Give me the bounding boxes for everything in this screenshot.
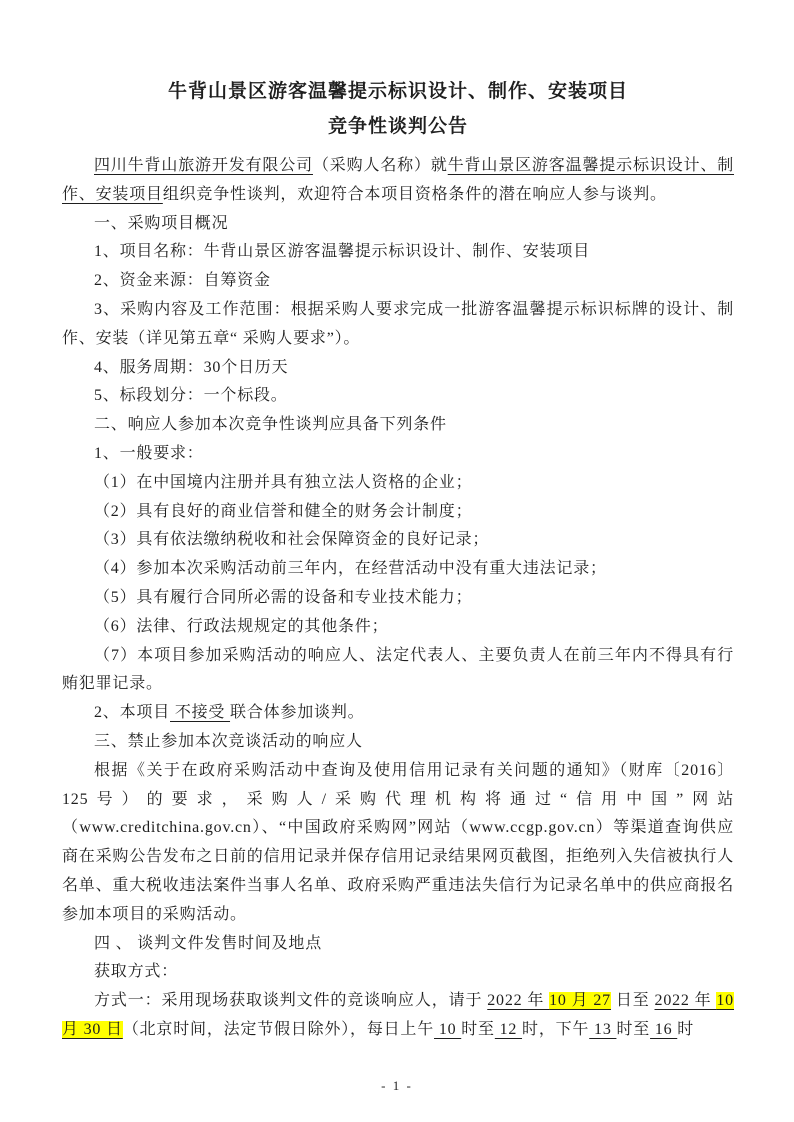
text-segment: 根据《关于在政府采购活动中查询及使用信用记录有关问题的通知》（财库〔2016〕1… — [62, 762, 734, 923]
paragraph: 4、服务周期：30个日历天 — [62, 354, 734, 383]
text-segment: 1、项目名称：牛背山景区游客温馨提示标识设计、制作、安装项目 — [94, 243, 590, 260]
paragraph: （3）具有依法缴纳税收和社会保障资金的良好记录； — [62, 526, 734, 555]
text-segment: 1、一般要求： — [94, 445, 204, 462]
text-segment: 四川牛背山旅游开发有限公司 — [94, 157, 313, 174]
text-segment: 13 — [589, 1021, 616, 1038]
document-subtitle: 竞争性谈判公告 — [62, 109, 734, 144]
text-segment: （3）具有依法缴纳税收和社会保障资金的良好记录； — [94, 531, 489, 548]
paragraph: （4）参加本次采购活动前三年内，在经营活动中没有重大违法记录； — [62, 555, 734, 584]
text-segment: 四 、 谈判文件发售时间及地点 — [94, 935, 322, 952]
paragraph: 3、采购内容及工作范围：根据采购人要求完成一批游客温馨提示标识标牌的设计、制作、… — [62, 296, 734, 354]
paragraph: （6）法律、行政法规规定的其他条件； — [62, 613, 734, 642]
text-segment: 组织竞争性谈判，欢迎符合本项目资格条件的潜在响应人参与谈判。 — [163, 186, 667, 203]
text-segment: 方式一：采用现场获取谈判文件的竞谈响应人，请于 — [94, 992, 487, 1009]
document-body: 四川牛背山旅游开发有限公司（采购人名称）就牛背山景区游客温馨提示标识设计、制作、… — [62, 152, 734, 1045]
text-segment: 2、本项目 — [94, 704, 170, 721]
text-segment: （6）法律、行政法规规定的其他条件； — [94, 618, 388, 635]
paragraph: （2）具有良好的商业信誉和健全的财务会计制度； — [62, 498, 734, 527]
text-segment: 日至 — [611, 992, 655, 1009]
paragraph: （5）具有履行合同所必需的设备和专业技术能力； — [62, 584, 734, 613]
text-segment: （4）参加本次采购活动前三年内，在经营活动中没有重大违法记录； — [94, 560, 607, 577]
text-segment: 5、标段划分：一个标段。 — [94, 387, 288, 404]
text-segment: （采购人名称）就 — [313, 157, 448, 174]
document-title: 牛背山景区游客温馨提示标识设计、制作、安装项目 — [62, 74, 734, 109]
paragraph: 三、禁止参加本次竞谈活动的响应人 — [62, 728, 734, 757]
text-segment: 2022 年 — [655, 992, 717, 1009]
text-segment: 2、资金来源：自筹资金 — [94, 272, 271, 289]
paragraph: 1、一般要求： — [62, 440, 734, 469]
text-segment: 2022 年 — [487, 992, 549, 1009]
text-segment: （2）具有良好的商业信誉和健全的财务会计制度； — [94, 503, 472, 520]
text-segment: 时，下午 — [522, 1021, 589, 1038]
text-segment: （7）本项目参加采购活动的响应人、法定代表人、主要负责人在前三年内不得具有行贿犯… — [62, 647, 734, 693]
paragraph: 获取方式： — [62, 958, 734, 987]
document-page: 牛背山景区游客温馨提示标识设计、制作、安装项目 竞争性谈判公告 四川牛背山旅游开… — [0, 0, 794, 1122]
text-segment: （1）在中国境内注册并具有独立法人资格的企业； — [94, 474, 472, 491]
paragraph: 方式一：采用现场获取谈判文件的竞谈响应人，请于 2022 年 10 月 27 日… — [62, 987, 734, 1045]
text-segment: 时至 — [616, 1021, 650, 1038]
text-segment: 联合体参加谈判。 — [230, 704, 364, 721]
text-segment: 10 月 27 — [549, 992, 611, 1009]
paragraph: 2、资金来源：自筹资金 — [62, 267, 734, 296]
text-segment: 12 — [495, 1021, 522, 1038]
text-segment: 一、采购项目概况 — [94, 215, 228, 232]
paragraph: 1、项目名称：牛背山景区游客温馨提示标识设计、制作、安装项目 — [62, 238, 734, 267]
page-number: - 1 - — [0, 1078, 794, 1094]
text-segment: 二、响应人参加本次竞争性谈判应具备下列条件 — [94, 416, 447, 433]
text-segment: 时至 — [461, 1021, 495, 1038]
text-segment: 获取方式： — [94, 963, 178, 980]
text-segment: 4、服务周期：30个日历天 — [94, 359, 288, 376]
text-segment: 3、采购内容及工作范围：根据采购人要求完成一批游客温馨提示标识标牌的设计、制作、… — [62, 301, 734, 347]
paragraph: 一、采购项目概况 — [62, 210, 734, 239]
paragraph: （1）在中国境内注册并具有独立法人资格的企业； — [62, 469, 734, 498]
text-segment: 16 — [650, 1021, 677, 1038]
paragraph: 二、响应人参加本次竞争性谈判应具备下列条件 — [62, 411, 734, 440]
text-segment: 10 — [434, 1021, 461, 1038]
text-segment: （5）具有履行合同所必需的设备和专业技术能力； — [94, 589, 472, 606]
text-segment: 不接受 — [170, 704, 230, 721]
paragraph: 四川牛背山旅游开发有限公司（采购人名称）就牛背山景区游客温馨提示标识设计、制作、… — [62, 152, 734, 210]
text-segment: 时 — [677, 1021, 694, 1038]
paragraph: 5、标段划分：一个标段。 — [62, 382, 734, 411]
paragraph: （7）本项目参加采购活动的响应人、法定代表人、主要负责人在前三年内不得具有行贿犯… — [62, 642, 734, 700]
paragraph: 四 、 谈判文件发售时间及地点 — [62, 930, 734, 959]
text-segment: 三、禁止参加本次竞谈活动的响应人 — [94, 733, 363, 750]
text-segment: （北京时间，法定节假日除外），每日上午 — [123, 1021, 434, 1038]
paragraph: 根据《关于在政府采购活动中查询及使用信用记录有关问题的通知》（财库〔2016〕1… — [62, 757, 734, 930]
paragraph: 2、本项目 不接受 联合体参加谈判。 — [62, 699, 734, 728]
